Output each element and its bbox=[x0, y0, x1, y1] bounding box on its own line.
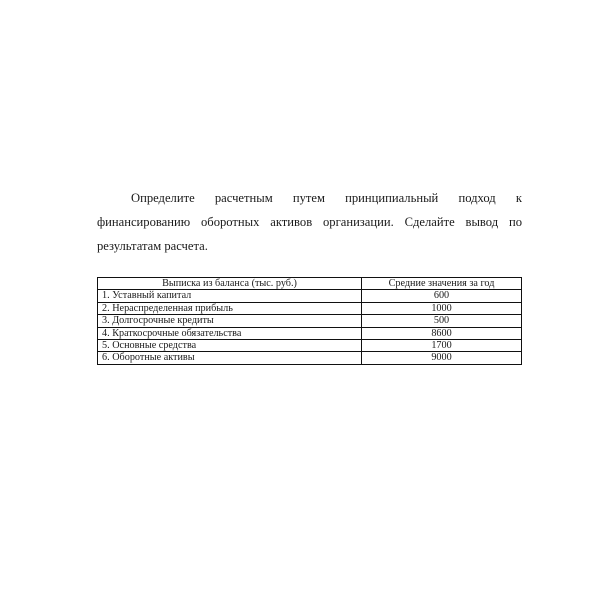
table-row: 5. Основные средства 1700 bbox=[98, 340, 522, 352]
row-label: 2. Нераспределенная прибыль bbox=[98, 302, 362, 314]
balance-table: Выписка из баланса (тыс. руб.) Средние з… bbox=[97, 277, 522, 365]
task-paragraph: Определите расчетным путем принципиальны… bbox=[97, 186, 522, 258]
table-row: 2. Нераспределенная прибыль 1000 bbox=[98, 302, 522, 314]
row-value: 600 bbox=[362, 290, 522, 302]
row-label: 3. Долгосрочные кредиты bbox=[98, 315, 362, 327]
row-label: 5. Основные средства bbox=[98, 340, 362, 352]
header-annual-average: Средние значения за год bbox=[362, 278, 522, 290]
task-line-2: финансированию оборотных активов организ… bbox=[97, 210, 522, 234]
row-value: 8600 bbox=[362, 327, 522, 339]
task-line-1: Определите расчетным путем принципиальны… bbox=[97, 186, 522, 210]
task-line-3: результатам расчета. bbox=[97, 234, 522, 258]
header-balance-extract: Выписка из баланса (тыс. руб.) bbox=[98, 278, 362, 290]
row-label: 1. Уставный капитал bbox=[98, 290, 362, 302]
row-value: 9000 bbox=[362, 352, 522, 364]
row-value: 500 bbox=[362, 315, 522, 327]
table-header-row: Выписка из баланса (тыс. руб.) Средние з… bbox=[98, 278, 522, 290]
row-label: 4. Краткосрочные обязательства bbox=[98, 327, 362, 339]
row-value: 1000 bbox=[362, 302, 522, 314]
row-label: 6. Оборотные активы bbox=[98, 352, 362, 364]
table-row: 3. Долгосрочные кредиты 500 bbox=[98, 315, 522, 327]
table-row: 4. Краткосрочные обязательства 8600 bbox=[98, 327, 522, 339]
table-row: 6. Оборотные активы 9000 bbox=[98, 352, 522, 364]
table-row: 1. Уставный капитал 600 bbox=[98, 290, 522, 302]
row-value: 1700 bbox=[362, 340, 522, 352]
